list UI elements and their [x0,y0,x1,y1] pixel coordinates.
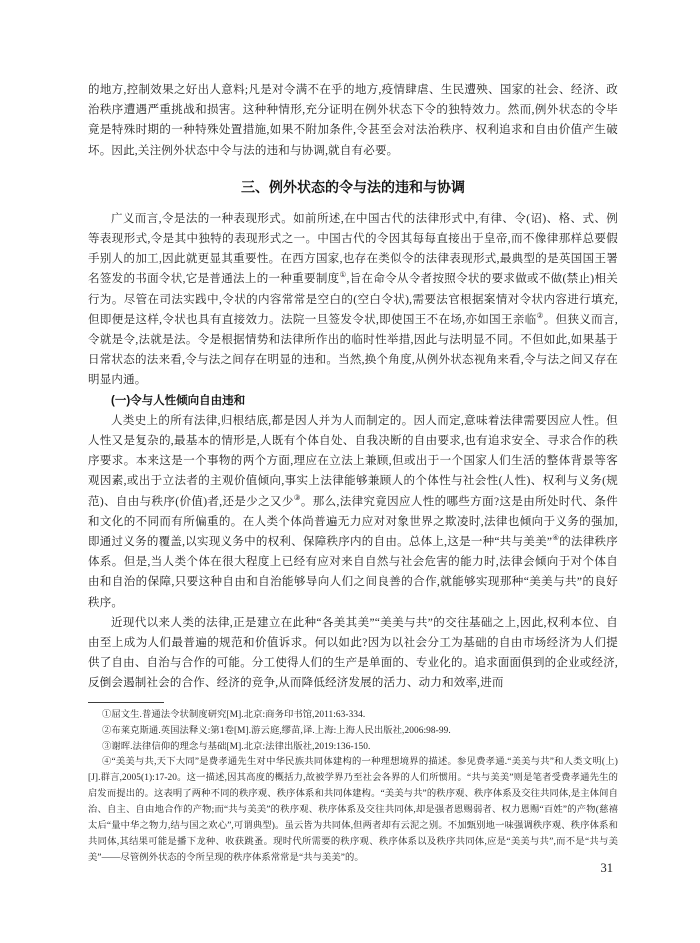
footnote-marker: ③ [102,742,111,752]
footnote-item: ①屈文生.普通法令状制度研究[M].北京:商务印书馆,2011:63-334. [88,708,618,724]
document-page: 的地方,控制效果之好出人意料;凡是对令满不在乎的地方,疫情肆虐、生民遭殃、国家的… [0,0,700,943]
footnote-marker: ② [102,726,111,736]
subsection-heading: (一)令与人性倾向自由违和 [88,391,618,411]
footnote-item: ③谢晖.法律信仰的理念与基础[M].北京:法律出版社,2019:136-150. [88,740,618,756]
footnote-ref-2: ② [537,311,544,320]
paragraph: 广义而言,令是法的一种表现形式。如前所述,在中国古代的法律形式中,有律、令(诏)… [88,209,618,391]
footnote-text: 布莱克斯通.英国法释义:第1卷[M].游云庭,缪苗,译.上海:上海人民出版社,2… [111,726,450,736]
footnote-item: ②布莱克斯通.英国法释义:第1卷[M].游云庭,缪苗,译.上海:上海人民出版社,… [88,724,618,740]
paragraph-text: 人类史上的所有法律,归根结底,都是因人并为人而制定的。因人而定,意味着法律需要因… [88,415,618,508]
footnote-separator-rule [88,702,164,703]
section-heading: 三、例外状态的令与法的违和与协调 [88,177,618,197]
footnote-ref-1: ① [339,271,346,280]
footnotes-section: ①屈文生.普通法令状制度研究[M].北京:商务印书馆,2011:63-334. … [88,702,618,867]
page-number: 31 [601,860,614,876]
paragraph-continuation: 的地方,控制效果之好出人意料;凡是对令满不在乎的地方,疫情肆虐、生民遭殃、国家的… [88,80,618,161]
text-block: 的地方,控制效果之好出人意料;凡是对令满不在乎的地方,疫情肆虐、生民遭殃、国家的… [88,80,618,867]
footnote-text: “美美与共,天下大同”是费孝通先生对中华民族共同体建构的一种理想境界的描述。参见… [88,757,618,862]
paragraph: 人类史上的所有法律,归根结底,都是因人并为人而制定的。因人而定,意味着法律需要因… [88,411,618,613]
footnote-marker: ④ [102,757,112,767]
footnote-item: ④“美美与共,天下大同”是费孝通先生对中华民族共同体建构的一种理想境界的描述。参… [88,755,618,866]
footnote-ref-3: ③ [294,493,301,502]
footnote-marker: ① [102,710,111,720]
footnote-text: 谢晖.法律信仰的理念与基础[M].北京:法律出版社,2019:136-150. [111,742,370,752]
paragraph: 近现代以来人类的法律,正是建立在此种“各美其美”“美美与共”的交往基础之上,因此… [88,613,618,694]
footnote-text: 屈文生.普通法令状制度研究[M].北京:商务印书馆,2011:63-334. [111,710,365,720]
